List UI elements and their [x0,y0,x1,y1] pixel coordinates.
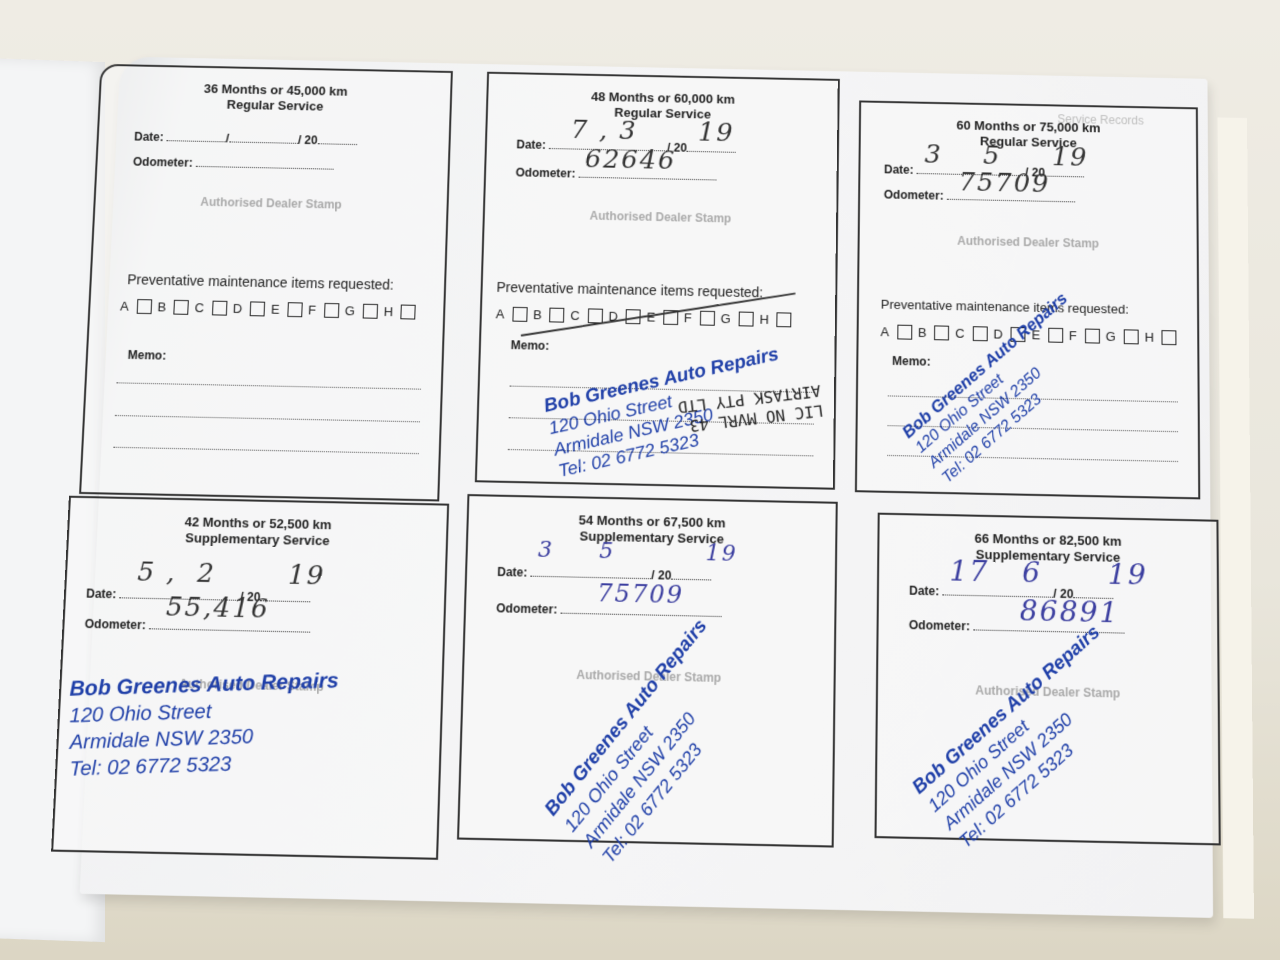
odometer-label: Odometer: [884,188,944,203]
dealer-stamp: Bob Greenes Auto Repairs 120 Ohio Street… [540,615,770,868]
odometer-label: Odometer: [909,618,970,633]
handwritten-odometer: 75709 [959,168,1050,199]
handwritten-date: 7 , 3 19 [571,116,735,148]
checkbox-c[interactable] [973,326,988,341]
service-record-42-months: 42 Months or 52,500 km Supplementary Ser… [51,496,449,860]
handwritten-odometer: 55,416 [165,592,270,624]
checkbox-label-a: A [120,299,129,314]
checkbox-c[interactable] [212,301,227,316]
date-field[interactable]: Date: // 20 [134,130,357,148]
checkbox-label-g: G [720,311,730,326]
service-record-60-months: 60 Months or 75,000 km Regular Service D… [855,100,1200,499]
memo-line[interactable] [115,415,420,422]
date-label: Date: [86,587,117,602]
date-label: Date: [884,163,914,177]
checkbox-g[interactable] [363,304,378,319]
dealer-stamp: Bob Greenes Auto Repairs 120 Ohio Street… [69,668,340,783]
checkbox-d[interactable] [250,301,265,316]
checkbox-label-d: D [233,301,243,316]
memo-label: Memo: [892,354,931,369]
authorised-stamp-label: Authorised Dealer Stamp [95,193,446,214]
odometer-label: Odometer: [133,155,193,170]
handwritten-odometer: 86891 [1020,594,1120,629]
checkbox-a[interactable] [136,299,152,314]
checkbox-label-f: F [308,303,316,318]
preventative-label: Preventative maintenance items requested… [881,297,1129,317]
checkbox-h[interactable] [1162,330,1177,345]
odometer-label: Odometer: [496,601,557,616]
service-record-66-months: 66 Months or 82,500 km Supplementary Ser… [874,513,1220,846]
checkbox-label-c: C [570,308,580,323]
maintenance-checkboxes: A B C D E F G H [120,299,416,320]
checkbox-b[interactable] [549,308,564,323]
checkbox-label-a: A [880,324,889,339]
checkbox-label-g: G [345,303,356,318]
checkbox-label-b: B [157,300,166,315]
memo-label: Memo: [511,338,550,353]
checkbox-g[interactable] [1124,329,1139,344]
checkbox-label-h: H [383,304,393,319]
year-prefix: / 20 [298,133,318,147]
odometer-label: Odometer: [84,617,146,632]
checkbox-h[interactable] [401,305,416,320]
service-record-36-months: 36 Months or 45,000 km Regular Service D… [79,64,453,502]
handwritten-date: 3 5 19 [538,538,738,567]
checkbox-f[interactable] [700,311,715,326]
checkbox-label-h: H [759,312,769,327]
checkbox-h[interactable] [777,312,792,327]
authorised-stamp-label: Authorised Dealer Stamp [860,232,1197,253]
handwritten-date: 17 6 19 [949,554,1147,591]
checkbox-label-g: G [1106,329,1116,344]
preventative-label: Preventative maintenance items requested… [127,271,394,292]
checkbox-label-a: A [496,307,505,322]
odometer-label: Odometer: [515,166,575,181]
checkbox-a[interactable] [512,307,527,322]
checkbox-a[interactable] [897,325,912,340]
date-label: Date: [516,138,546,152]
handwritten-odometer: 62646 [585,145,677,176]
service-record-48-months: 48 Months or 60,000 km Regular Service D… [475,72,840,490]
checkbox-label-b: B [533,307,542,322]
authorised-stamp-label: Authorised Dealer Stamp [485,207,837,228]
memo-label: Memo: [127,348,166,363]
checkbox-e[interactable] [287,302,302,317]
checkbox-b[interactable] [934,325,949,340]
checkbox-f[interactable] [324,303,339,318]
memo-line[interactable] [116,382,420,389]
date-label: Date: [134,130,164,144]
preventative-label: Preventative maintenance items requested… [496,279,763,300]
memo-line[interactable] [113,447,418,454]
checkbox-g[interactable] [738,312,753,327]
checkbox-c[interactable] [588,308,603,323]
handwritten-date: 5 , 2 19 [137,557,326,591]
checkbox-label-b: B [918,325,927,340]
odometer-field[interactable]: Odometer: [133,155,334,173]
service-record-54-months: 54 Months or 67,500 km Supplementary Ser… [457,494,838,848]
checkbox-b[interactable] [174,300,190,315]
service-records-page: Service Records 36 Months or 45,000 km R… [80,57,1213,918]
handwritten-odometer: 75709 [597,579,684,609]
date-label: Date: [909,584,939,599]
date-label: Date: [497,565,528,580]
handwritten-date: 3 5 19 [924,140,1088,172]
checkbox-label-c: C [194,300,204,315]
checkbox-label-f: F [684,310,692,325]
dealer-stamp: Bob Greenes Auto Repairs 120 Ohio Street… [908,621,1152,854]
checkbox-label-c: C [955,326,964,341]
checkbox-label-e: E [271,302,280,317]
checkbox-label-h: H [1144,330,1153,345]
